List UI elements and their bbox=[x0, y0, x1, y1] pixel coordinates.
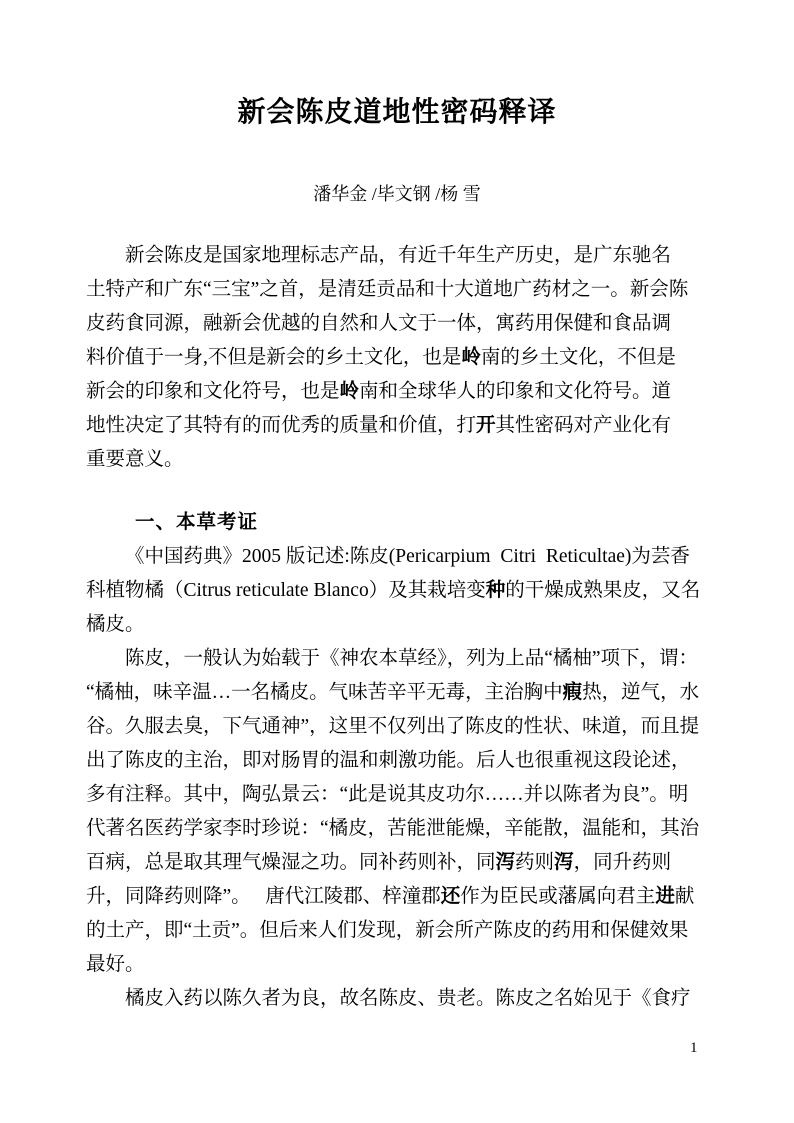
text-line: 出了陈皮的主治，即对肠胃的温和刺激功能。后人也很重视这段论述， bbox=[86, 744, 718, 778]
document-page: 新会陈皮道地性密码释译 潘华金 /毕文钢 /杨 雪 新会陈皮是国家地理标志产品，… bbox=[0, 0, 794, 1123]
text-line: 《中国药典》2005 版记述:陈皮(Pericarpium Citri Reti… bbox=[86, 540, 718, 574]
text-line: 的土产，即“土贡”。但后来人们发现，新会所产陈皮的药用和保健效果 bbox=[86, 914, 718, 948]
paragraph-intro: 新会陈皮是国家地理标志产品，有近千年生产历史，是广东驰名土特产和广东“三宝”之首… bbox=[86, 239, 718, 477]
text-line: 升，同降药则降”。 唐代江陵郡、梓潼郡还作为臣民或藩属向君主进献 bbox=[86, 880, 718, 914]
paragraph-chenpi-naming: 橘皮入药以陈久者为良，故名陈皮、贵老。陈皮之名始见于《食疗 bbox=[86, 982, 718, 1016]
text-line: 料价值于一身,不但是新会的乡土文化，也是岭南的乡土文化，不但是 bbox=[86, 341, 718, 375]
text-line: 百病，总是取其理气燥湿之功。同补药则补，同泻药则泻，同升药则 bbox=[86, 846, 718, 880]
text-line: 陈皮，一般认为始载于《神农本草经》，列为上品“橘柚”项下，谓： bbox=[86, 642, 718, 676]
text-line: 新会的印象和文化符号，也是岭南和全球华人的印象和文化符号。道 bbox=[86, 375, 718, 409]
text-line: 新会陈皮是国家地理标志产品，有近千年生产历史，是广东驰名 bbox=[86, 239, 718, 273]
document-title: 新会陈皮道地性密码释译 bbox=[0, 95, 794, 129]
text-line: 代著名医药学家李时珍说：“橘皮，苦能泄能燥，辛能散，温能和，其治 bbox=[86, 812, 718, 846]
text-line: 橘皮入药以陈久者为良，故名陈皮、贵老。陈皮之名始见于《食疗 bbox=[86, 982, 718, 1016]
text-line: 皮药食同源，融新会优越的自然和人文于一体，寓药用保健和食品调 bbox=[86, 307, 718, 341]
text-line: “橘柚，味辛温…一名橘皮。气味苦辛平无毒，主治胸中瘕热，逆气，水 bbox=[86, 676, 718, 710]
text-line: 重要意义。 bbox=[86, 443, 718, 477]
authors-line: 潘华金 /毕文钢 /杨 雪 bbox=[0, 182, 794, 206]
paragraph-heading-bencao-kaozheng: 一、本草考证 bbox=[86, 506, 718, 540]
text-line: 谷。久服去臭，下气通神”，这里不仅列出了陈皮的性状、味道，而且提 bbox=[86, 710, 718, 744]
paragraph-historical-records: 陈皮，一般认为始载于《神农本草经》，列为上品“橘柚”项下，谓：“橘柚，味辛温…一… bbox=[86, 642, 718, 982]
text-line: 最好。 bbox=[86, 948, 718, 982]
text-line: 土特产和广东“三宝”之首，是清廷贡品和十大道地广药材之一。新会陈 bbox=[86, 273, 718, 307]
text-line: 科植物橘（Citrus reticulate Blanco）及其栽培变种的干燥成… bbox=[86, 574, 718, 608]
text-line: 橘皮。 bbox=[86, 608, 718, 642]
section-heading: 一、本草考证 bbox=[86, 506, 718, 540]
text-line: 地性决定了其特有的而优秀的质量和价值，打开其性密码对产业化有 bbox=[86, 409, 718, 443]
text-line: 多有注释。其中，陶弘景云：“此是说其皮功尔……并以陈者为良”。明 bbox=[86, 778, 718, 812]
page-number: 1 bbox=[690, 1039, 698, 1057]
document-body: 新会陈皮是国家地理标志产品，有近千年生产历史，是广东驰名土特产和广东“三宝”之首… bbox=[86, 239, 718, 1016]
paragraph-pharmacopoeia-description: 《中国药典》2005 版记述:陈皮(Pericarpium Citri Reti… bbox=[86, 540, 718, 642]
